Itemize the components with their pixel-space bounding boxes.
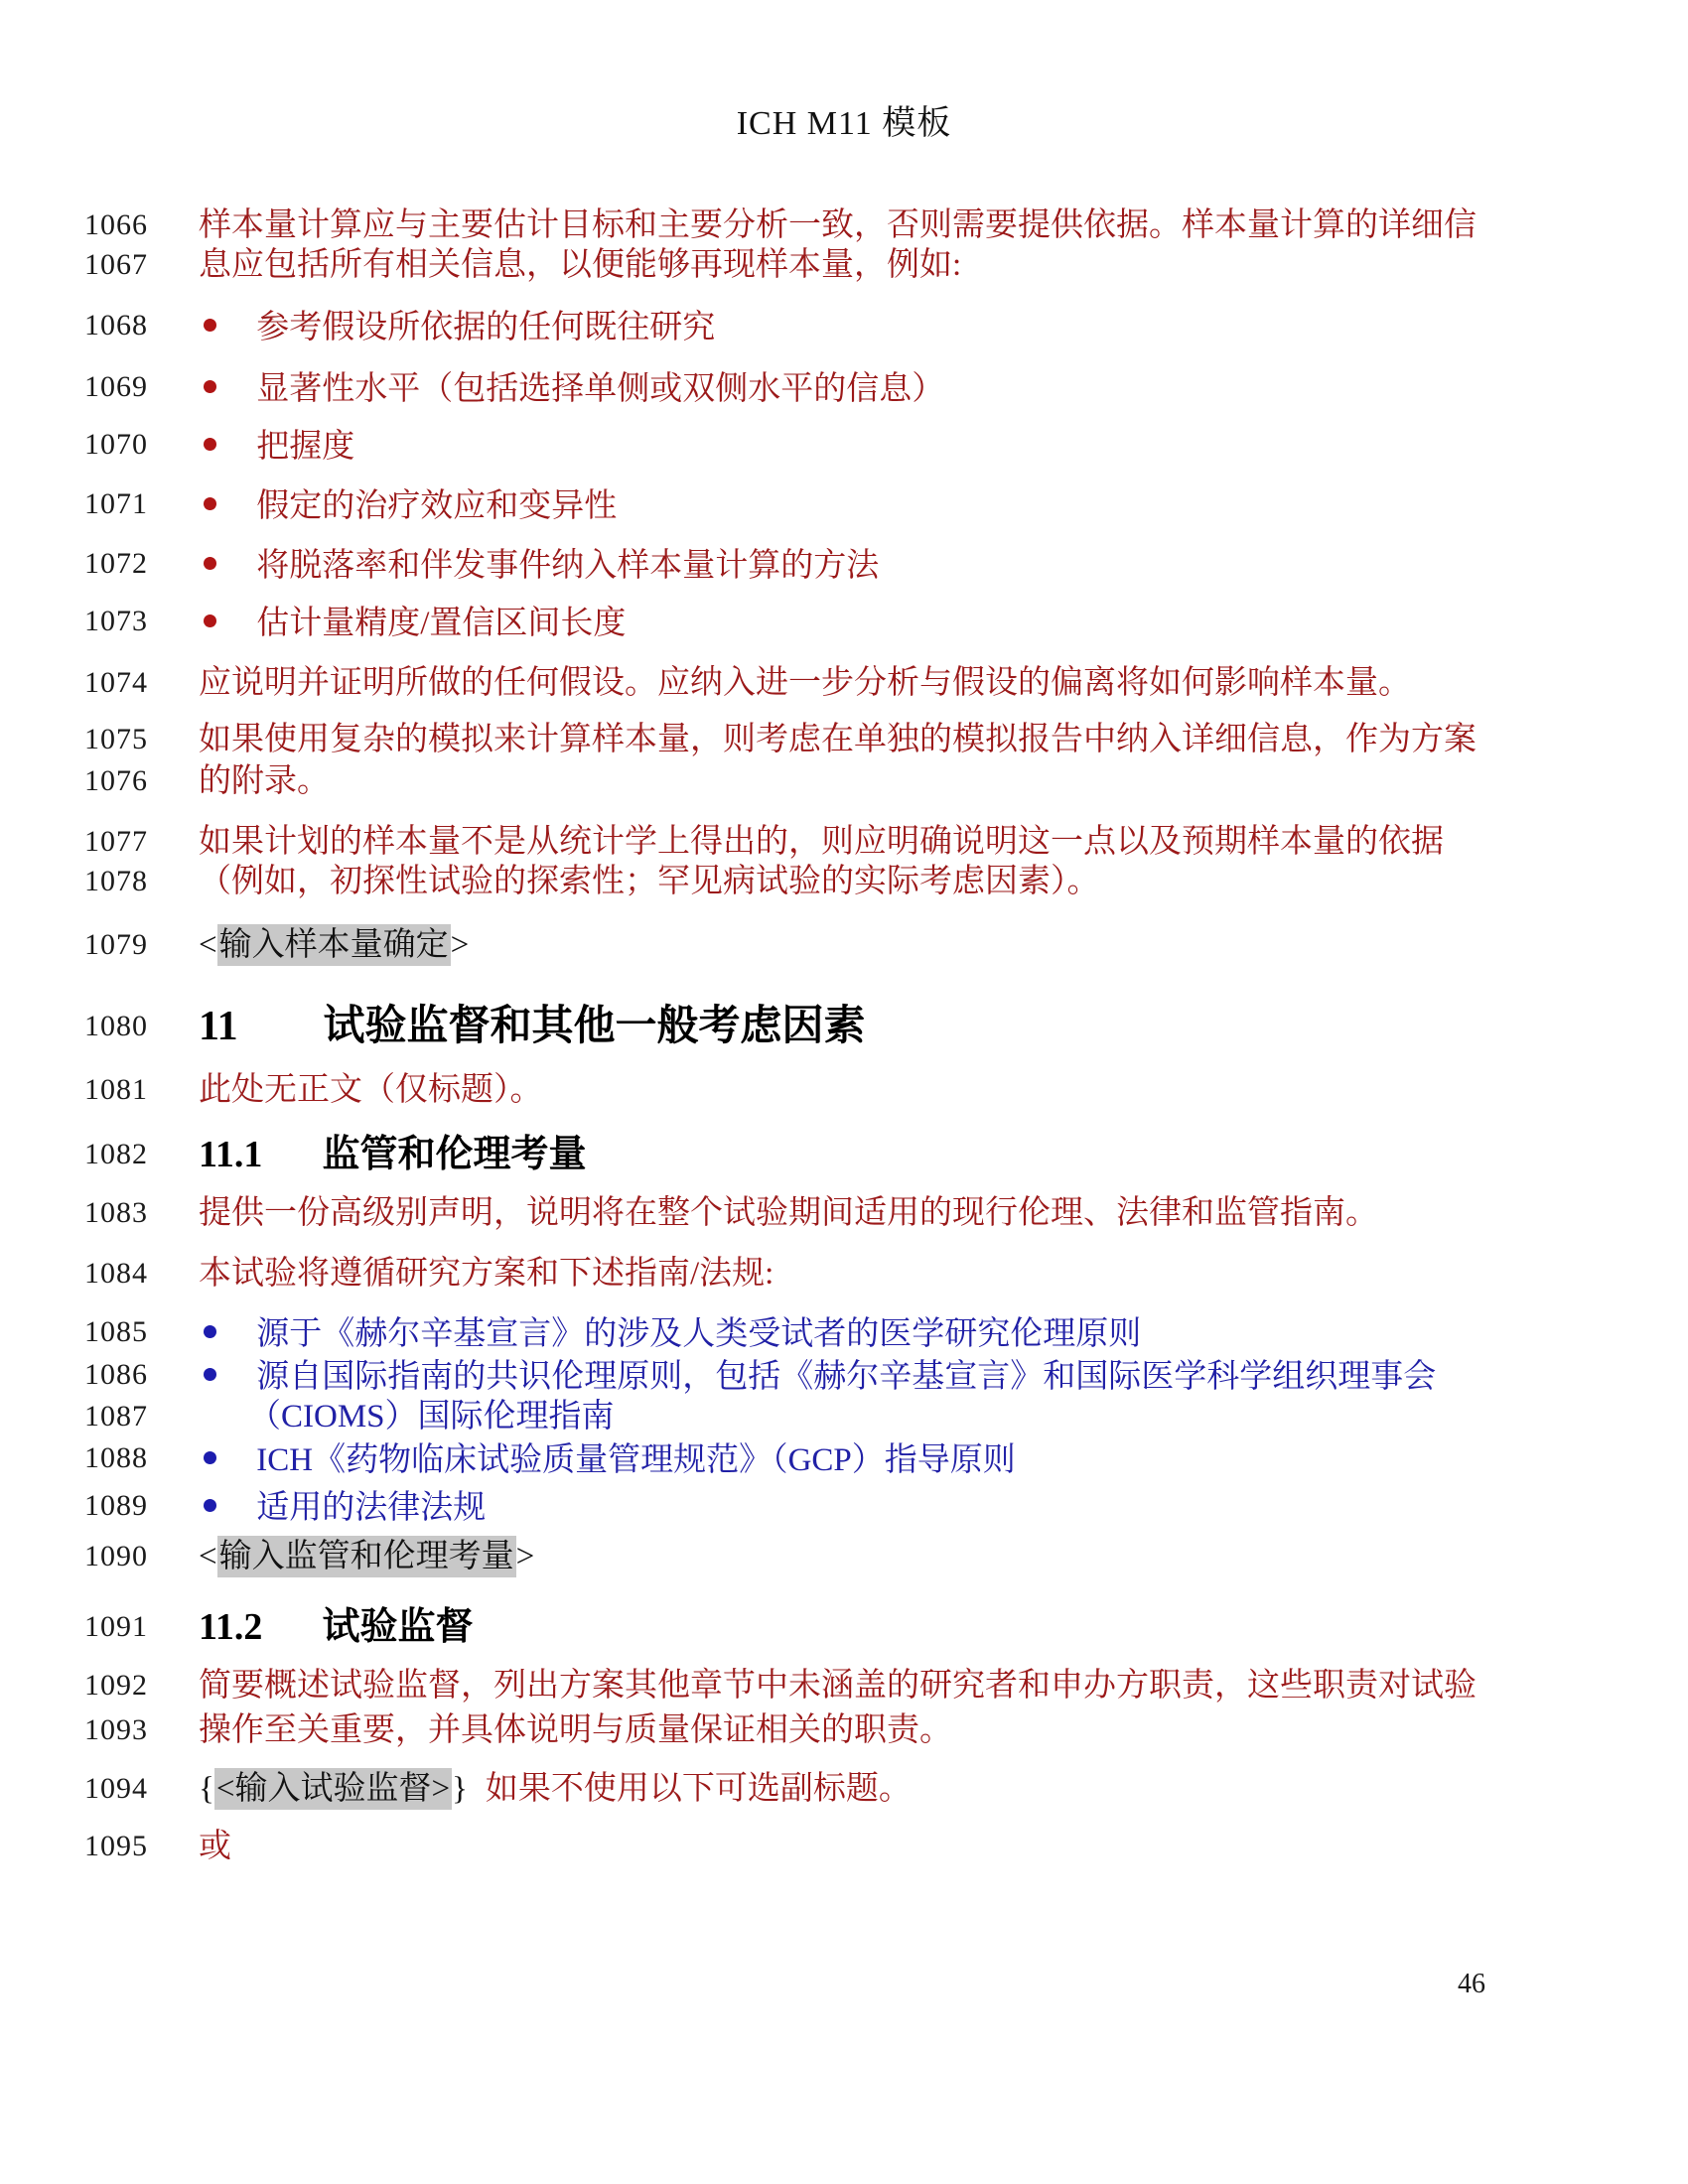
doc-line: 1079 <输入样本量确定> <box>0 923 1688 967</box>
line-text: 源自国际指南的共识伦理原则，包括《赫尔辛基宣言》和国际医学科学组织理事会 <box>256 1355 1436 1399</box>
doc-line: 1076 的附录。 <box>0 759 1688 803</box>
line-number: 1069 <box>84 365 148 409</box>
doc-line: 1077 如果计划的样本量不是从统计学上得出的，则应明确说明这一点以及预期样本量… <box>0 820 1688 864</box>
line-text: 或 <box>199 1825 231 1868</box>
doc-line: 1071 假定的治疗效应和变异性 <box>0 482 1688 528</box>
line-number: 1080 <box>84 1001 148 1052</box>
doc-line: 1092 简要概述试验监督，列出方案其他章节中未涵盖的研究者和申办方职责，这些职… <box>0 1664 1688 1707</box>
line-text: 如果不使用以下可选副标题。 <box>486 1771 912 1807</box>
line-text: 如果使用复杂的模拟来计算样本量，则考虑在单独的模拟报告中纳入详细信息，作为方案 <box>199 718 1477 761</box>
line-text: 操作至关重要，并具体说明与质量保证相关的职责。 <box>199 1708 952 1752</box>
line-number: 1073 <box>84 600 148 643</box>
bullet-icon <box>204 319 216 332</box>
line-number: 1081 <box>84 1068 148 1112</box>
page-number: 46 <box>1458 1969 1485 2000</box>
line-text: 简要概述试验监督，列出方案其他章节中未涵盖的研究者和申办方职责，这些职责对试验 <box>199 1664 1477 1707</box>
line-number: 1091 <box>84 1603 148 1651</box>
bullet-icon <box>204 1325 216 1338</box>
line-text: 样本量计算应与主要估计目标和主要分析一致，否则需要提供依据。样本量计算的详细信 <box>199 204 1477 247</box>
angle-bracket-open: < <box>199 927 217 963</box>
angle-bracket-open: < <box>199 1539 217 1574</box>
section-heading: 1082 11.1 监管和伦理考量 <box>0 1131 1688 1178</box>
line-text: 源于《赫尔辛基宣言》的涉及人类受试者的医学研究伦理原则 <box>256 1312 1141 1356</box>
doc-line: 1073 估计量精度/置信区间长度 <box>0 600 1688 645</box>
line-number: 1095 <box>84 1825 148 1868</box>
brace-open: { <box>199 1771 214 1807</box>
line-text: 此处无正文（仅标题）。 <box>199 1068 543 1112</box>
doc-line: 1078 （例如，初探性试验的探索性；罕见病试验的实际考虑因素）。 <box>0 860 1688 903</box>
line-text: ICH《药物临床试验质量管理规范》（GCP）指导原则 <box>256 1438 1016 1482</box>
doc-line: 1069 显著性水平（包括选择单侧或双侧水平的信息） <box>0 365 1688 411</box>
placeholder-field: <输入样本量确定> <box>199 923 469 967</box>
document-page: ICH M11 模板 1066 样本量计算应与主要估计目标和主要分析一致，否则需… <box>0 0 1688 2184</box>
line-number: 1074 <box>84 661 148 705</box>
line-text: 息应包括所有相关信息，以便能够再现样本量，例如: <box>199 243 961 287</box>
doc-line: 1094 {<输入试验监督>}如果不使用以下可选副标题。 <box>0 1767 1688 1811</box>
line-text: 参考假设所依据的任何既往研究 <box>256 306 715 349</box>
line-number: 1093 <box>84 1708 148 1752</box>
angle-bracket-close: > <box>516 1539 535 1574</box>
line-number: 1088 <box>84 1436 148 1480</box>
angle-bracket-close: > <box>451 927 470 963</box>
line-number: 1068 <box>84 304 148 347</box>
line-text: 提供一份高级别声明，说明将在整个试验期间适用的现行伦理、法律和监管指南。 <box>199 1191 1378 1235</box>
doc-line: 1089 适用的法律法规 <box>0 1484 1688 1530</box>
line-number: 1066 <box>84 204 148 247</box>
line-text: （例如，初探性试验的探索性；罕见病试验的实际考虑因素）。 <box>199 860 1100 903</box>
doc-line: 1066 样本量计算应与主要估计目标和主要分析一致，否则需要提供依据。样本量计算… <box>0 204 1688 247</box>
brace-close: } <box>452 1771 468 1807</box>
line-number: 1084 <box>84 1252 148 1296</box>
doc-line: 1086 源自国际指南的共识伦理原则，包括《赫尔辛基宣言》和国际医学科学组织理事… <box>0 1353 1688 1399</box>
doc-line: 1081 此处无正文（仅标题）。 <box>0 1068 1688 1112</box>
line-text: （CIOMS）国际伦理指南 <box>248 1395 615 1438</box>
line-number: 1086 <box>84 1353 148 1397</box>
line-text: 假定的治疗效应和变异性 <box>256 484 617 528</box>
bullet-icon <box>204 380 216 393</box>
line-number: 1076 <box>84 759 148 803</box>
doc-line: 1075 如果使用复杂的模拟来计算样本量，则考虑在单独的模拟报告中纳入详细信息，… <box>0 718 1688 761</box>
doc-line: 1072 将脱落率和伴发事件纳入样本量计算的方法 <box>0 542 1688 588</box>
line-number: 1090 <box>84 1535 148 1578</box>
doc-line: 1074 应说明并证明所做的任何假设。应纳入进一步分析与假设的偏离将如何影响样本… <box>0 661 1688 705</box>
line-text: 本试验将遵循研究方案和下述指南/法规: <box>199 1252 774 1296</box>
line-number: 1067 <box>84 243 148 287</box>
line-number: 1078 <box>84 860 148 903</box>
line-number: 1077 <box>84 820 148 864</box>
line-number: 1092 <box>84 1664 148 1707</box>
heading-text: 试验监督 <box>323 1603 474 1651</box>
line-text: 将脱落率和伴发事件纳入样本量计算的方法 <box>256 544 879 588</box>
line-text: 如果计划的样本量不是从统计学上得出的，则应明确说明这一点以及预期样本量的依据 <box>199 820 1444 864</box>
doc-line: 1067 息应包括所有相关信息，以便能够再现样本量，例如: <box>0 243 1688 287</box>
doc-line: 1070 把握度 <box>0 423 1688 469</box>
bullet-icon <box>204 1451 216 1464</box>
bullet-icon <box>204 614 216 627</box>
heading-number: 11 <box>199 1001 313 1052</box>
doc-line: 1087 （CIOMS）国际伦理指南 <box>0 1395 1688 1438</box>
section-heading: 1080 11 试验监督和其他一般考虑因素 <box>0 1001 1688 1052</box>
doc-line: 1083 提供一份高级别声明，说明将在整个试验期间适用的现行伦理、法律和监管指南… <box>0 1191 1688 1235</box>
bullet-icon <box>204 438 216 451</box>
heading-text: 试验监督和其他一般考虑因素 <box>324 1001 866 1052</box>
placeholder-highlight: 输入监管和伦理考量 <box>217 1536 516 1577</box>
line-number: 1089 <box>84 1484 148 1528</box>
bullet-icon <box>204 1499 216 1512</box>
line-number: 1079 <box>84 923 148 967</box>
line-number: 1072 <box>84 542 148 586</box>
heading-number: 11.1 <box>199 1131 313 1178</box>
doc-line: 1088 ICH《药物临床试验质量管理规范》（GCP）指导原则 <box>0 1436 1688 1482</box>
placeholder-highlight: 输入样本量确定 <box>217 924 451 966</box>
placeholder-highlight: <输入试验监督> <box>214 1768 452 1810</box>
line-text: 显著性水平（包括选择单侧或双侧水平的信息） <box>256 367 944 411</box>
doc-line: 1084 本试验将遵循研究方案和下述指南/法规: <box>0 1252 1688 1296</box>
heading-number: 11.2 <box>199 1603 313 1651</box>
line-text: 适用的法律法规 <box>256 1486 486 1530</box>
bullet-icon <box>204 497 216 510</box>
line-number: 1094 <box>84 1767 148 1811</box>
doc-line: 1085 源于《赫尔辛基宣言》的涉及人类受试者的医学研究伦理原则 <box>0 1310 1688 1356</box>
bullet-icon <box>204 1368 216 1381</box>
doc-line: 1095 或 <box>0 1825 1688 1868</box>
line-number: 1083 <box>84 1191 148 1235</box>
section-heading: 1091 11.2 试验监督 <box>0 1603 1688 1651</box>
line-number: 1082 <box>84 1131 148 1178</box>
doc-line: 1093 操作至关重要，并具体说明与质量保证相关的职责。 <box>0 1708 1688 1752</box>
document-title: ICH M11 模板 <box>0 95 1688 144</box>
placeholder-field: <输入监管和伦理考量> <box>199 1535 534 1578</box>
line-text: 应说明并证明所做的任何假设。应纳入进一步分析与假设的偏离将如何影响样本量。 <box>199 661 1411 705</box>
placeholder-field: {<输入试验监督>}如果不使用以下可选副标题。 <box>199 1767 912 1811</box>
doc-line: 1090 <输入监管和伦理考量> <box>0 1535 1688 1578</box>
bullet-icon <box>204 557 216 570</box>
line-text: 把握度 <box>256 425 354 469</box>
line-number: 1087 <box>84 1395 148 1438</box>
line-number: 1071 <box>84 482 148 526</box>
heading-text: 监管和伦理考量 <box>323 1131 587 1178</box>
doc-line: 1068 参考假设所依据的任何既往研究 <box>0 304 1688 349</box>
line-number: 1070 <box>84 423 148 467</box>
line-text: 的附录。 <box>199 759 330 803</box>
line-number: 1075 <box>84 718 148 761</box>
line-number: 1085 <box>84 1310 148 1354</box>
line-text: 估计量精度/置信区间长度 <box>256 602 626 645</box>
